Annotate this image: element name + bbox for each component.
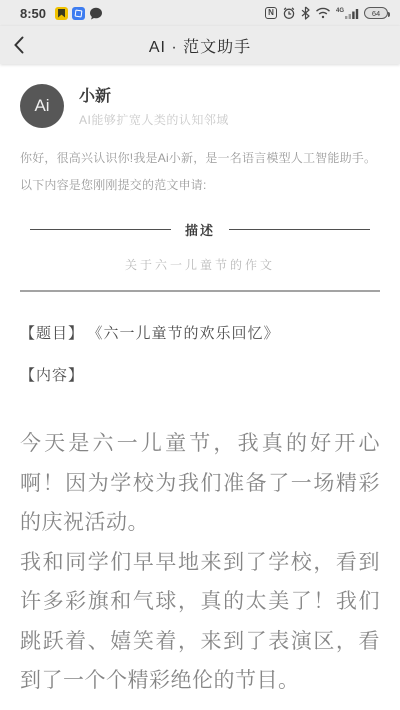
battery-level: 64 <box>372 9 380 18</box>
avatar-text: Ai <box>34 96 49 116</box>
signal-icon: 4G <box>336 7 359 19</box>
essay-body: 今天是六一儿童节，我真的好开心啊！因为学校为我们准备了一场精彩的庆祝活动。 我和… <box>20 424 380 701</box>
wifi-icon <box>315 7 331 19</box>
nav-bar: AI · 范文助手 <box>0 26 400 64</box>
essay-title: 《六一儿童节的欢乐回忆》 <box>95 325 280 342</box>
alarm-icon <box>282 6 296 20</box>
description-section-label: 描述 <box>185 220 215 239</box>
request-description: 关于六一儿童节的作文 <box>20 256 380 273</box>
divider-line-right <box>229 229 370 230</box>
assistant-profile: Ai 小新 AI能够扩宽人类的认知邻域 <box>20 83 380 128</box>
chat-content: Ai 小新 AI能够扩宽人类的认知邻域 你好，很高兴认识你!我是Ai小新，是一名… <box>0 83 400 701</box>
content-divider <box>20 290 380 292</box>
battery-icon: 64 <box>364 7 388 19</box>
clock-time: 8:50 <box>20 6 46 21</box>
back-button[interactable] <box>14 26 44 64</box>
status-bar-left: 8:50 <box>20 6 103 21</box>
greeting-line-1: 你好，很高兴认识你!我是Ai小新，是一名语言模型人工智能助手。 <box>20 151 376 165</box>
chat-bubble-icon <box>89 7 103 20</box>
page-title: AI · 范文助手 <box>0 34 400 57</box>
chevron-left-icon <box>14 36 24 54</box>
bookmark-app-icon <box>55 7 68 20</box>
network-type-label: 4G <box>336 8 344 14</box>
greeting-line-2: 以下内容是您刚刚提交的范文申请: <box>20 178 207 192</box>
essay-content-label: 【内容】 <box>20 364 380 385</box>
bookmark-glyph <box>58 9 65 18</box>
greeting-text: 你好，很高兴认识你!我是Ai小新，是一名语言模型人工智能助手。 以下内容是您刚刚… <box>20 145 380 199</box>
essay-title-label: 【题目】 <box>20 325 84 342</box>
status-bar-right: N 4G <box>265 6 388 20</box>
description-section-header: 描述 <box>30 220 370 239</box>
essay-title-row: 【题目】《六一儿童节的欢乐回忆》 <box>20 322 380 343</box>
essay-paragraph: 我和同学们早早地来到了学校，看到许多彩旗和气球，真的太美了！我们跳跃着、嬉笑着，… <box>20 543 380 701</box>
bluetooth-icon <box>301 6 310 20</box>
blue-app-icon <box>72 7 85 20</box>
nfc-icon: N <box>265 7 277 19</box>
square-glyph <box>75 9 83 17</box>
status-bar: 8:50 N <box>0 0 400 26</box>
assistant-name: 小新 <box>79 83 229 106</box>
avatar: Ai <box>20 84 64 128</box>
assistant-tagline: AI能够扩宽人类的认知邻域 <box>79 111 229 128</box>
assistant-info: 小新 AI能够扩宽人类的认知邻域 <box>79 83 229 128</box>
divider-line-left <box>30 229 171 230</box>
essay-paragraph: 今天是六一儿童节，我真的好开心啊！因为学校为我们准备了一场精彩的庆祝活动。 <box>20 424 380 543</box>
